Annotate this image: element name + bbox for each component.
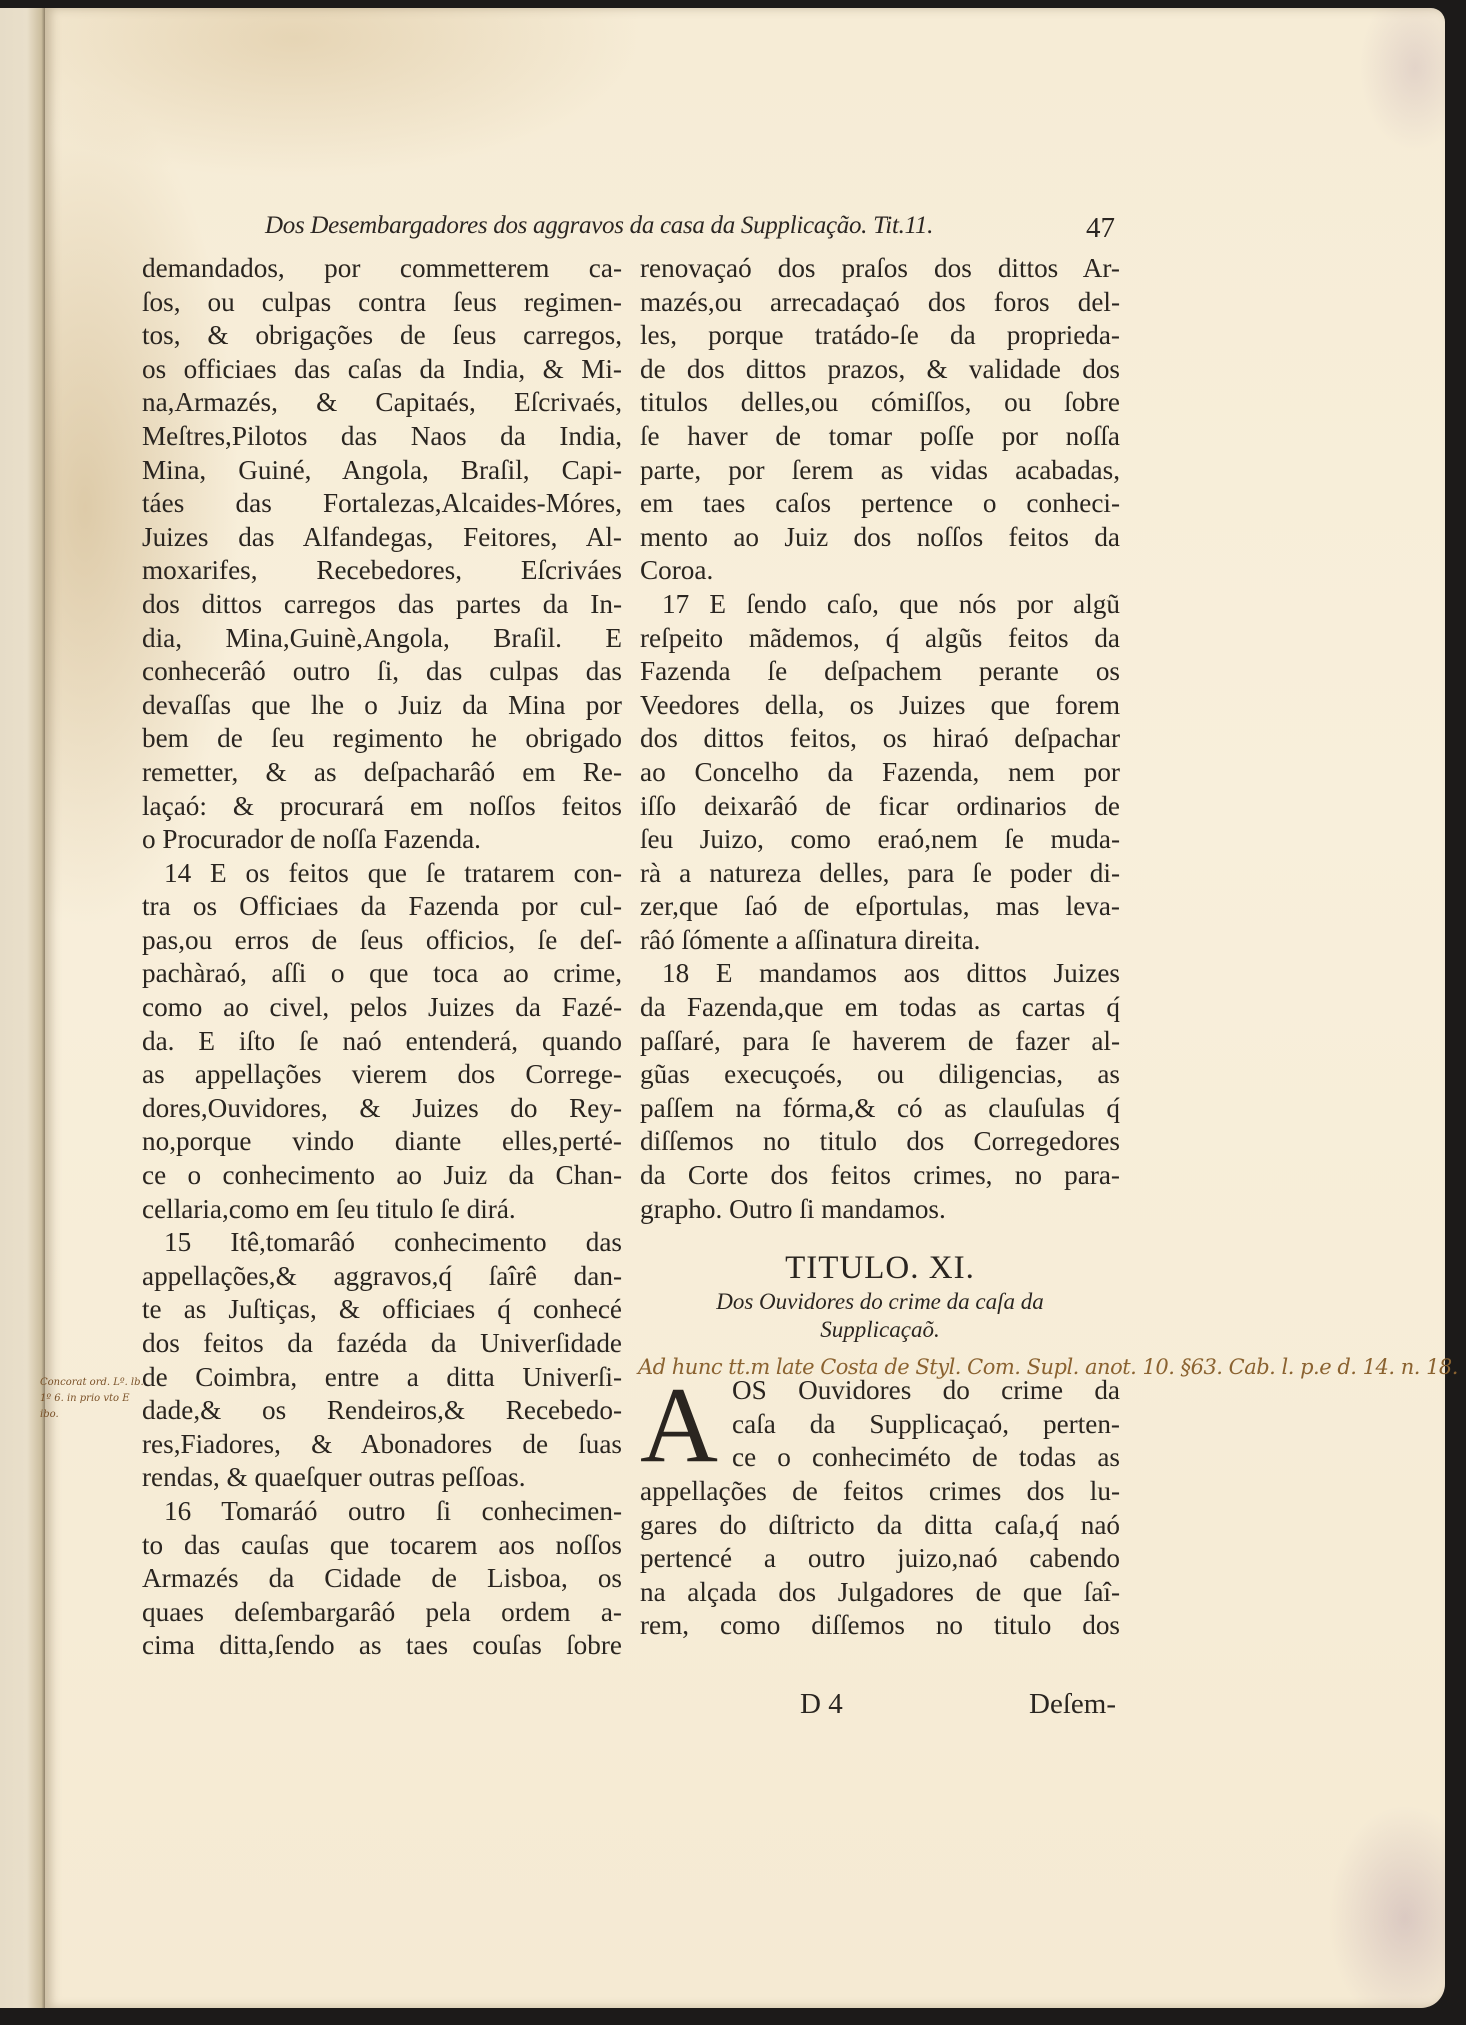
paragraph-18-start: 18 E mandamos aos dittos Juizes bbox=[640, 957, 1120, 991]
paragraph-14-start: 14 E os feitos que ſe tratarem con- bbox=[142, 857, 622, 891]
text-line: os officiaes das caſas da India, & Mi- bbox=[142, 353, 622, 387]
catchword: Deſem- bbox=[1029, 1688, 1116, 1721]
handwritten-annotation: Ad hunc tt.m late Costa de Styl. Com. Su… bbox=[638, 1355, 1338, 1379]
text-line: diſſemos no titulo dos Corregedores bbox=[640, 1125, 1120, 1159]
margin-note-line: 1º 6. in prio vto E bbox=[40, 1391, 158, 1407]
text-line: titulos delles,ou cómiſſos, ou ſobre bbox=[640, 386, 1120, 420]
text-line: como ao civel, pelos Juizes da Fazé- bbox=[142, 991, 622, 1025]
drop-cap-letter: A bbox=[640, 1376, 720, 1476]
text-line: da Corte dos feitos crimes, no para- bbox=[640, 1159, 1120, 1193]
right-column: renovaçaó dos praſos dos dittos Ar- mazé… bbox=[640, 252, 1120, 1643]
text-line: Juizes das Alfandegas, Feitores, Al- bbox=[142, 521, 622, 555]
text-line: res,Fiadores, & Abonadores de ſuas bbox=[142, 1428, 622, 1462]
text-line: iſſo deixarâó de ficar ordinarios de bbox=[640, 790, 1120, 824]
text-line: to das cauſas que tocarem aos noſſos bbox=[142, 1529, 622, 1563]
text-line: de dos dittos prazos, & validade dos bbox=[640, 353, 1120, 387]
text-line: dos feitos da fazéda da Univerſidade bbox=[142, 1327, 622, 1361]
text-line: Armazés da Cidade de Lisboa, os bbox=[142, 1562, 622, 1596]
text-line: quaes deſembargarâó pela ordem a- bbox=[142, 1596, 622, 1630]
running-header: Dos Desembargadores dos aggravos da casa… bbox=[265, 212, 1125, 248]
text-line: reſpeito mãdemos, q́ algũs feitos da bbox=[640, 622, 1120, 656]
text-line: rem, como diſſemos no titulo dos bbox=[640, 1609, 1120, 1643]
text-line: na,Armazés, & Capitaés, Eſcrivaés, bbox=[142, 386, 622, 420]
adjacent-page-edge bbox=[0, 8, 45, 2008]
text-line: Mina, Guiné, Angola, Braſil, Capi- bbox=[142, 454, 622, 488]
text-line: tra os Officiaes da Fazenda por cul- bbox=[142, 890, 622, 924]
text-line: parte, por ſerem as vidas acabadas, bbox=[640, 454, 1120, 488]
text-line: táes das Fortalezas,Alcaides-Móres, bbox=[142, 487, 622, 521]
text-line: gũas execuçoés, ou diligencias, as bbox=[640, 1058, 1120, 1092]
text-line: ſeu Juizo, como eraó,nem ſe muda- bbox=[640, 823, 1120, 857]
page-footer: D 4 Deſem- bbox=[800, 1688, 1120, 1724]
text-line: ao Concelho da Fazenda, nem por bbox=[640, 756, 1120, 790]
text-line: moxarifes, Recebedores, Eſcriváes bbox=[142, 554, 622, 588]
text-line: te as Juſtiças, & officiaes q́ conhecé bbox=[142, 1293, 622, 1327]
text-line: pertencé a outro juizo,naó cabendo bbox=[640, 1542, 1120, 1576]
margin-note-line: Concorat ord. Lº. lb. bbox=[40, 1375, 158, 1391]
text-line: na alçada dos Julgadores de que ſaî- bbox=[640, 1576, 1120, 1610]
text-line: râó ſómente a aſſinatura direita. bbox=[640, 924, 1120, 958]
text-line: de Coimbra, entre a ditta Univerſi- bbox=[142, 1361, 622, 1395]
text-line: devaſſas que lhe o Juiz da Mina por bbox=[142, 689, 622, 723]
text-line: dos dittos feitos, os hiraó deſpachar bbox=[640, 722, 1120, 756]
paragraph-17-start: 17 E ſendo caſo, que nós por algũ bbox=[640, 588, 1120, 622]
text-line: grapho. Outro ſi mandamos. bbox=[640, 1193, 1120, 1227]
text-line: zer,que ſaó de eſportulas, mas leva- bbox=[640, 890, 1120, 924]
margin-note-line: ibo. bbox=[40, 1407, 158, 1423]
text-line: conhecerâó outro ſi, das culpas das bbox=[142, 655, 622, 689]
text-line: gares do diſtricto da ditta caſa,q́ naó bbox=[640, 1509, 1120, 1543]
text-line: ſe haver de tomar poſſe por noſſa bbox=[640, 420, 1120, 454]
text-line: rà a natureza delles, para ſe poder di- bbox=[640, 857, 1120, 891]
text-line: dade,& os Rendeiros,& Recebedo- bbox=[142, 1394, 622, 1428]
text-line: appellações,& aggravos,q́ ſaîrê dan- bbox=[142, 1260, 622, 1294]
text-line: o Procurador de noſſa Fazenda. bbox=[142, 823, 622, 857]
text-line: no,porque vindo diante elles,perté- bbox=[142, 1125, 622, 1159]
section-subtitle: Dos Ouvidores do crime da caſa da bbox=[640, 1288, 1120, 1316]
text-line: ce o conhecimento ao Juiz da Chan- bbox=[142, 1159, 622, 1193]
signature-mark: D 4 bbox=[800, 1688, 843, 1721]
text-line: da. E iſto ſe naó entenderá, quando bbox=[142, 1025, 622, 1059]
text-line: pas,ou erros de ſeus officios, ſe deſ- bbox=[142, 924, 622, 958]
paragraph-16-start: 16 Tomaráó outro ſi conhecimen- bbox=[142, 1495, 622, 1529]
text-line: bem de ſeu regimento he obrigado bbox=[142, 722, 622, 756]
page-number: 47 bbox=[1086, 212, 1115, 245]
text-line: remetter, & as deſpacharâó em Re- bbox=[142, 756, 622, 790]
text-line: dia, Mina,Guinè,Angola, Braſil. E bbox=[142, 622, 622, 656]
text-line: Fazenda ſe deſpachem perante os bbox=[640, 655, 1120, 689]
text-line: les, porque tratádo-ſe da proprieda- bbox=[640, 319, 1120, 353]
text-line: em taes caſos pertence o conheci- bbox=[640, 487, 1120, 521]
marginal-manuscript-note: Concorat ord. Lº. lb. 1º 6. in prio vto … bbox=[40, 1375, 158, 1423]
section-subtitle-continued: Supplicaçaõ. bbox=[640, 1316, 1120, 1344]
paragraph-15-start: 15 Itê,tomarâó conhecimento das bbox=[142, 1226, 622, 1260]
text-line: Meſtres,Pilotos das Naos da India, bbox=[142, 420, 622, 454]
text-line: tos, & obrigações de ſeus carregos, bbox=[142, 319, 622, 353]
text-line: mento ao Juiz dos noſſos feitos da bbox=[640, 521, 1120, 555]
text-line: Coroa. bbox=[640, 554, 1120, 588]
text-line: rendas, & quaeſquer outras peſſoas. bbox=[142, 1461, 622, 1495]
text-line: paſſem na fórma,& có as clauſulas q́ bbox=[640, 1092, 1120, 1126]
text-line: mazés,ou arrecadaçaó dos foros del- bbox=[640, 286, 1120, 320]
text-line: ſos, ou culpas contra ſeus regimen- bbox=[142, 286, 622, 320]
text-line: renovaçaó dos praſos dos dittos Ar- bbox=[640, 252, 1120, 286]
text-line: pachàraó, aſſi o que toca ao crime, bbox=[142, 957, 622, 991]
opening-paragraph: A OS Ouvidores do crime da caſa da Suppl… bbox=[640, 1374, 1120, 1643]
text-line: as appellações vierem dos Correge- bbox=[142, 1058, 622, 1092]
text-line: cellaria,como em ſeu titulo ſe dirá. bbox=[142, 1193, 622, 1227]
section-title-block: TITULO. XI. Dos Ouvidores do crime da ca… bbox=[640, 1248, 1120, 1344]
text-line: dores,Ouvidores, & Juizes do Rey- bbox=[142, 1092, 622, 1126]
text-line: dos dittos carregos das partes da In- bbox=[142, 588, 622, 622]
text-line: cima ditta,ſendo as taes couſas ſobre bbox=[142, 1629, 622, 1663]
left-column: demandados, por commetterem ca- ſos, ou … bbox=[142, 252, 622, 1663]
running-title: Dos Desembargadores dos aggravos da casa… bbox=[265, 212, 933, 240]
section-heading: TITULO. XI. bbox=[640, 1248, 1120, 1288]
text-line: demandados, por commetterem ca- bbox=[142, 252, 622, 286]
text-line: laçaó: & procurará em noſſos feitos bbox=[142, 790, 622, 824]
text-line: da Fazenda,que em todas as cartas q́ bbox=[640, 991, 1120, 1025]
text-line: Veedores della, os Juizes que forem bbox=[640, 689, 1120, 723]
text-line: paſſaré, para ſe haverem de fazer al- bbox=[640, 1025, 1120, 1059]
